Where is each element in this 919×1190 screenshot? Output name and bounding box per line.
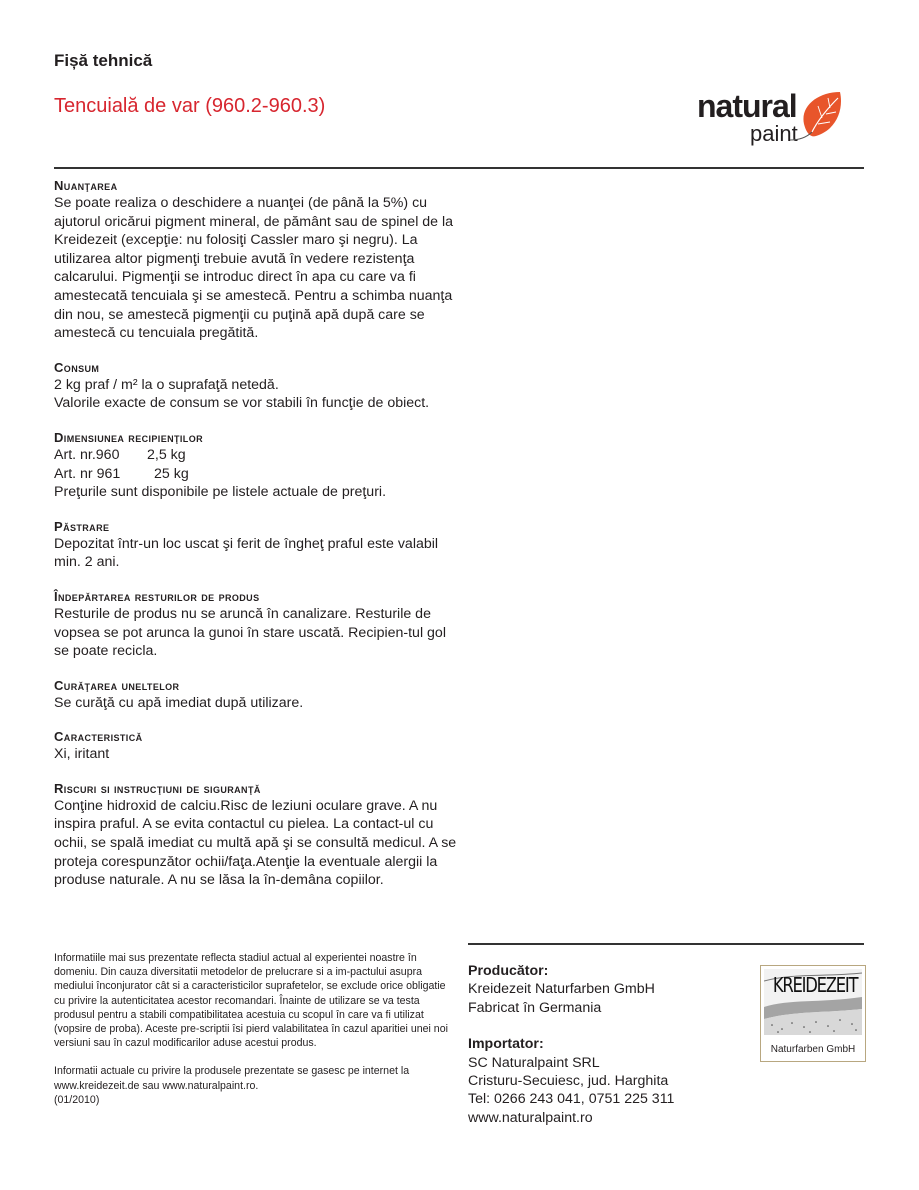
- section-consum: Consum 2 kg praf / m² la o suprafaţă net…: [54, 360, 464, 413]
- section-curatarea-uneltelor: Curăţarea uneltelor Se curăţă cu apă ime…: [54, 678, 464, 713]
- section-indepartarea-resturilor: Îndepărtarea resturilor de produs Restur…: [54, 589, 464, 661]
- producer-origin: Fabricat în Germania: [468, 999, 728, 1017]
- product-title: Tencuială de var (960.2-960.3): [54, 95, 325, 118]
- section-text: 2 kg praf / m² la o suprafaţă netedă.: [54, 376, 464, 395]
- logo-word-natural: natural: [697, 88, 797, 124]
- producer-name: Kreidezeit Naturfarben GmbH: [468, 980, 728, 998]
- doc-type-heading: Fișă tehnică: [54, 51, 152, 71]
- producer-label: Producător:: [468, 962, 728, 980]
- kreidezeit-caption: Naturfarben GmbH: [761, 1044, 865, 1055]
- package-row: Art. nr 961 25 kg: [54, 465, 464, 484]
- importer-block: Importator: SC Naturalpaint SRL Cristuru…: [468, 1035, 728, 1127]
- section-text: Se curăţă cu apă imediat după utilizare.: [54, 694, 464, 713]
- contact-info: Producător: Kreidezeit Naturfarben GmbH …: [468, 962, 728, 1145]
- importer-label: Importator:: [468, 1035, 728, 1053]
- importer-website: www.naturalpaint.ro: [468, 1109, 728, 1127]
- section-pastrare: Păstrare Depozitat într-un loc uscat şi …: [54, 519, 464, 572]
- header-divider: [54, 167, 864, 169]
- main-content: Nuanţarea Se poate realiza o deschidere …: [54, 178, 464, 907]
- package-row: Art. nr.960 2,5 kg: [54, 446, 464, 465]
- section-heading: Consum: [54, 360, 464, 376]
- disclaimer-paragraph: Informatiile mai sus prezentate reflecta…: [54, 951, 454, 1050]
- section-caracteristica: Caracteristică Xi, iritant: [54, 729, 464, 764]
- section-heading: Dimensiunea recipienţilor: [54, 430, 464, 446]
- section-text: Depozitat într-un loc uscat şi ferit de …: [54, 535, 464, 572]
- footer-divider: [468, 943, 864, 945]
- kreidezeit-logo: KREIDEZEIT Naturfarben GmbH: [760, 965, 866, 1062]
- price-note: Preţurile sunt disponibile pe listele ac…: [54, 483, 464, 502]
- package-size: 25 kg: [147, 465, 189, 484]
- article-number: Art. nr.960: [54, 446, 147, 465]
- kreidezeit-emblem: KREIDEZEIT: [764, 969, 862, 1035]
- section-text: Conţine hidroxid de calciu.Risc de leziu…: [54, 797, 464, 890]
- section-heading: Nuanţarea: [54, 178, 464, 194]
- online-info: Informatii actuale cu privire la produse…: [54, 1064, 454, 1092]
- natural-paint-logo: natural paint: [695, 88, 855, 152]
- section-nuantarea: Nuanţarea Se poate realiza o deschidere …: [54, 178, 464, 343]
- section-heading: Riscuri si instrucţiuni de siguranţă: [54, 781, 464, 797]
- section-heading: Îndepărtarea resturilor de produs: [54, 589, 464, 605]
- section-heading: Caracteristică: [54, 729, 464, 745]
- section-text: Se poate realiza o deschidere a nuanţei …: [54, 194, 464, 343]
- section-heading: Păstrare: [54, 519, 464, 535]
- producer-block: Producător: Kreidezeit Naturfarben GmbH …: [468, 962, 728, 1017]
- package-size: 2,5 kg: [147, 446, 186, 465]
- disclaimer: Informatiile mai sus prezentate reflecta…: [54, 951, 454, 1107]
- section-dimensiunea-recipientilor: Dimensiunea recipienţilor Art. nr.960 2,…: [54, 430, 464, 502]
- section-text: Valorile exacte de consum se vor stabili…: [54, 394, 464, 413]
- importer-name: SC Naturalpaint SRL: [468, 1054, 728, 1072]
- article-number: Art. nr 961: [54, 465, 147, 484]
- kreidezeit-wordmark: KREIDEZEIT: [773, 973, 853, 997]
- version-date: (01/2010): [54, 1093, 454, 1107]
- section-heading: Curăţarea uneltelor: [54, 678, 464, 694]
- leaf-icon: [790, 88, 852, 152]
- section-text: Xi, iritant: [54, 745, 464, 764]
- importer-address: Cristuru-Secuiesc, jud. Harghita: [468, 1072, 728, 1090]
- section-riscuri: Riscuri si instrucţiuni de siguranţă Con…: [54, 781, 464, 890]
- section-text: Resturile de produs nu se aruncă în cana…: [54, 605, 464, 661]
- importer-phone: Tel: 0266 243 041, 0751 225 311: [468, 1090, 728, 1108]
